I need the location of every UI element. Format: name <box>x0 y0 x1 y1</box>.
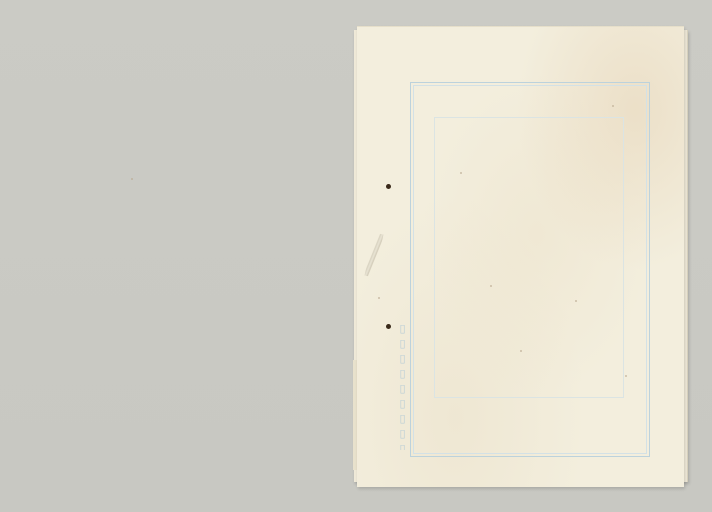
dust-speck <box>378 297 380 299</box>
dust-speck <box>131 178 133 180</box>
vertical-imprint-text: ▯▯▯▯▯▯▯▯▯ <box>395 322 409 450</box>
dust-speck <box>490 285 492 287</box>
dust-speck <box>612 105 614 107</box>
dust-speck <box>575 300 577 302</box>
binding-hole-bottom <box>386 324 391 329</box>
inner-plate-frame <box>434 117 624 398</box>
dust-speck <box>625 375 627 377</box>
dust-speck <box>520 350 522 352</box>
dust-speck <box>460 172 462 174</box>
binding-hole-top <box>386 184 391 189</box>
